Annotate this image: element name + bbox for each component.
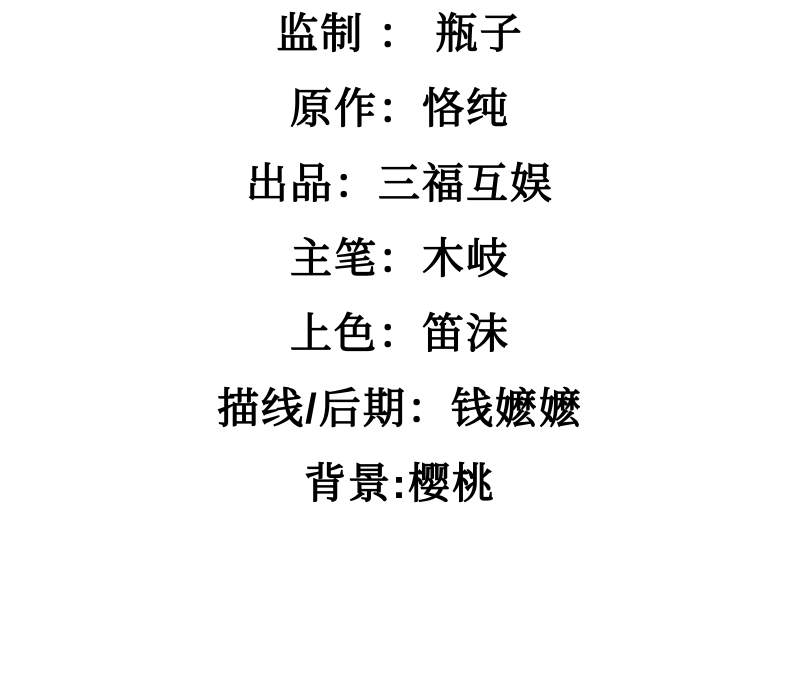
credit-line-background-artist: 背景:樱桃 [0, 446, 800, 521]
credits-page: 监制 ： 瓶子 原作：恪纯 出品：三福互娱 主笔：木岐 上色：笛沫 描线/后期：… [0, 0, 800, 675]
credit-line-producer: 出品：三福互娱 [0, 146, 800, 221]
credit-line-lineart-post: 描线/后期：钱嬷嬷 [0, 371, 800, 446]
credit-line-supervisor: 监制 ： 瓶子 [0, 0, 800, 71]
credit-line-lead-artist: 主笔：木岐 [0, 221, 800, 296]
credits-list: 监制 ： 瓶子 原作：恪纯 出品：三福互娱 主笔：木岐 上色：笛沫 描线/后期：… [0, 0, 800, 521]
credit-line-colorist: 上色：笛沫 [0, 296, 800, 371]
credit-line-original-author: 原作：恪纯 [0, 71, 800, 146]
